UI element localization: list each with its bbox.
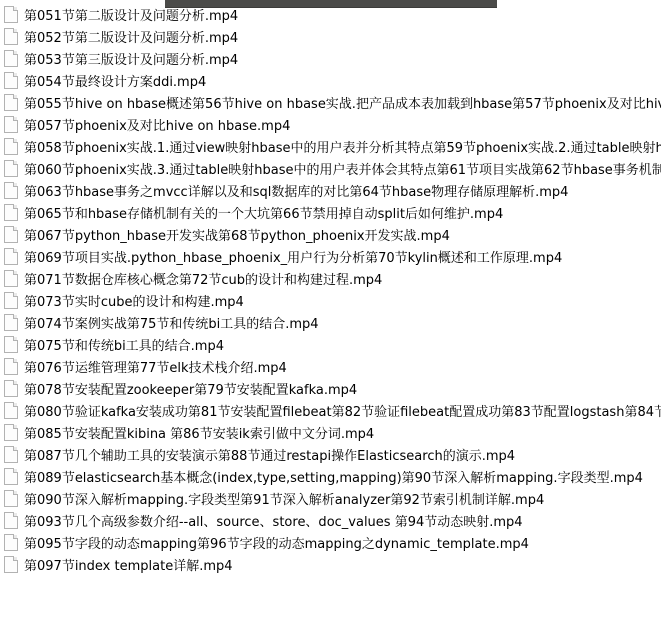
file-item[interactable]: 第095节字段的动态mapping第96节字段的动态mapping之dynami… (0, 531, 661, 553)
file-item[interactable]: 第057节phoenix及对比hive on hbase.mp4 (0, 113, 661, 135)
file-item[interactable]: 第071节数据仓库核心概念第72节cub的设计和构建过程.mp4 (0, 267, 661, 289)
file-name: 第087节几个辅助工具的安装演示第88节通过restapi操作Elasticse… (24, 445, 515, 464)
file-name: 第076节运维管理第77节elk技术栈介绍.mp4 (24, 357, 287, 376)
document-icon (4, 512, 18, 529)
file-list: 第051节第二版设计及问题分析.mp4 第052节第二版设计及问题分析.mp4 … (0, 3, 661, 575)
file-name: 第054节最终设计方案ddi.mp4 (24, 71, 206, 90)
file-name: 第055节hive on hbase概述第56节hive on hbase实战.… (24, 93, 661, 112)
document-icon (4, 292, 18, 309)
file-item[interactable]: 第075节和传统bi工具的结合.mp4 (0, 333, 661, 355)
file-name: 第060节phoenix实战.3.通过table映射hbase中的用户表并体会其… (24, 159, 661, 178)
file-item[interactable]: 第090节深入解析mapping.字段类型第91节深入解析analyzer第92… (0, 487, 661, 509)
file-name: 第080节验证kafka安装成功第81节安装配置filebeat第82节验证fi… (24, 401, 661, 420)
file-item[interactable]: 第097节index template详解.mp4 (0, 553, 661, 575)
file-item[interactable]: 第085节安装配置kibina 第86节安装ik索引做中文分词.mp4 (0, 421, 661, 443)
file-name: 第093节几个高级参数介绍--all、source、store、doc_valu… (24, 511, 523, 530)
file-item[interactable]: 第087节几个辅助工具的安装演示第88节通过restapi操作Elasticse… (0, 443, 661, 465)
file-name: 第053节第三版设计及问题分析.mp4 (24, 49, 238, 68)
file-name: 第097节index template详解.mp4 (24, 555, 233, 574)
file-item[interactable]: 第074节案例实战第75节和传统bi工具的结合.mp4 (0, 311, 661, 333)
file-name: 第074节案例实战第75节和传统bi工具的结合.mp4 (24, 313, 319, 332)
file-name: 第090节深入解析mapping.字段类型第91节深入解析analyzer第92… (24, 489, 544, 508)
document-icon (4, 116, 18, 133)
document-icon (4, 380, 18, 397)
document-icon (4, 270, 18, 287)
file-item[interactable]: 第080节验证kafka安装成功第81节安装配置filebeat第82节验证fi… (0, 399, 661, 421)
file-item[interactable]: 第060节phoenix实战.3.通过table映射hbase中的用户表并体会其… (0, 157, 661, 179)
document-icon (4, 50, 18, 67)
file-item[interactable]: 第076节运维管理第77节elk技术栈介绍.mp4 (0, 355, 661, 377)
document-icon (4, 424, 18, 441)
file-item[interactable]: 第069节项目实战.python_hbase_phoenix_用户行为分析第70… (0, 245, 661, 267)
file-item[interactable]: 第093节几个高级参数介绍--all、source、store、doc_valu… (0, 509, 661, 531)
file-name: 第073节实时cube的设计和构建.mp4 (24, 291, 244, 310)
file-item[interactable]: 第067节python_hbase开发实战第68节python_phoenix开… (0, 223, 661, 245)
file-name: 第069节项目实战.python_hbase_phoenix_用户行为分析第70… (24, 247, 562, 266)
document-icon (4, 358, 18, 375)
file-name: 第075节和传统bi工具的结合.mp4 (24, 335, 224, 354)
file-item[interactable]: 第051节第二版设计及问题分析.mp4 (0, 3, 661, 25)
file-item[interactable]: 第054节最终设计方案ddi.mp4 (0, 69, 661, 91)
document-icon (4, 94, 18, 111)
file-name: 第078节安装配置zookeeper第79节安装配置kafka.mp4 (24, 379, 357, 398)
file-item[interactable]: 第073节实时cube的设计和构建.mp4 (0, 289, 661, 311)
file-item[interactable]: 第055节hive on hbase概述第56节hive on hbase实战.… (0, 91, 661, 113)
document-icon (4, 490, 18, 507)
file-item[interactable]: 第063节hbase事务之mvcc详解以及和sql数据库的对比第64节hbase… (0, 179, 661, 201)
file-name: 第052节第二版设计及问题分析.mp4 (24, 27, 238, 46)
document-icon (4, 6, 18, 23)
document-icon (4, 28, 18, 45)
file-name: 第057节phoenix及对比hive on hbase.mp4 (24, 115, 290, 134)
file-name: 第063节hbase事务之mvcc详解以及和sql数据库的对比第64节hbase… (24, 181, 568, 200)
file-name: 第085节安装配置kibina 第86节安装ik索引做中文分词.mp4 (24, 423, 374, 442)
document-icon (4, 138, 18, 155)
file-name: 第089节elasticsearch基本概念(index,type,settin… (24, 467, 643, 486)
file-name: 第095节字段的动态mapping第96节字段的动态mapping之dynami… (24, 533, 529, 552)
document-icon (4, 534, 18, 551)
document-icon (4, 446, 18, 463)
document-icon (4, 160, 18, 177)
document-icon (4, 182, 18, 199)
document-icon (4, 314, 18, 331)
file-item[interactable]: 第089节elasticsearch基本概念(index,type,settin… (0, 465, 661, 487)
file-name: 第058节phoenix实战.1.通过view映射hbase中的用户表并分析其特… (24, 137, 661, 156)
file-name: 第051节第二版设计及问题分析.mp4 (24, 5, 238, 24)
file-item[interactable]: 第053节第三版设计及问题分析.mp4 (0, 47, 661, 69)
document-icon (4, 226, 18, 243)
document-icon (4, 402, 18, 419)
file-item[interactable]: 第078节安装配置zookeeper第79节安装配置kafka.mp4 (0, 377, 661, 399)
file-name: 第065节和hbase存储机制有关的一个大坑第66节禁用掉自动split后如何维… (24, 203, 503, 222)
document-icon (4, 468, 18, 485)
file-name: 第067节python_hbase开发实战第68节python_phoenix开… (24, 225, 450, 244)
document-icon (4, 204, 18, 221)
document-icon (4, 556, 18, 573)
document-icon (4, 72, 18, 89)
file-item[interactable]: 第052节第二版设计及问题分析.mp4 (0, 25, 661, 47)
file-item[interactable]: 第065节和hbase存储机制有关的一个大坑第66节禁用掉自动split后如何维… (0, 201, 661, 223)
file-item[interactable]: 第058节phoenix实战.1.通过view映射hbase中的用户表并分析其特… (0, 135, 661, 157)
document-icon (4, 336, 18, 353)
document-icon (4, 248, 18, 265)
file-name: 第071节数据仓库核心概念第72节cub的设计和构建过程.mp4 (24, 269, 382, 288)
